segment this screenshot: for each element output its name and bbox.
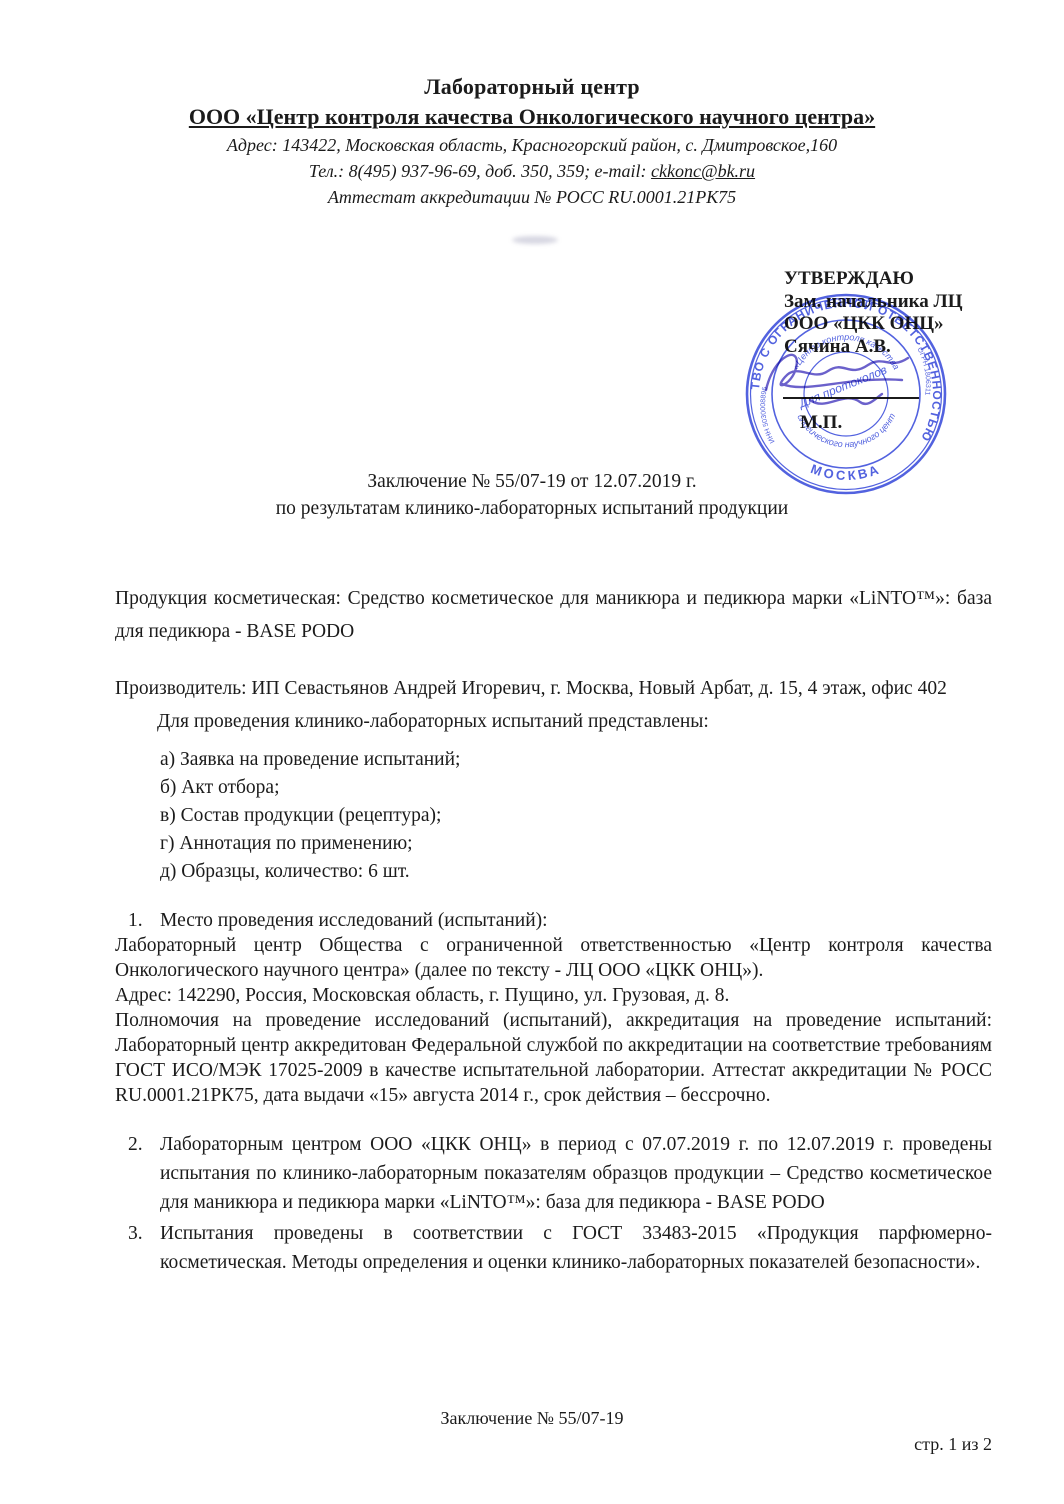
stamp-outer-ring-text: ОБЩЕСТВО С ОГРАНИЧЕННОЙ ОТВЕТСТВЕННОСТЬЮ [742, 290, 944, 444]
stamp-center-text: Для протоколов [795, 363, 889, 412]
svg-text:ИНН 5030008896: ИНН 5030008896 [760, 386, 776, 444]
section-2-text: Лабораторным центром ООО «ЦКК ОНЦ» в пер… [160, 1130, 992, 1217]
section-1-paragraph: Лабораторный центр Общества с ограниченн… [115, 933, 992, 983]
document-title: Заключение № 55/07-19 от 12.07.2019 г. п… [0, 468, 1064, 522]
list-item: г) Аннотация по применению; [160, 830, 992, 858]
manufacturer-paragraph: Производитель: ИП Севастьянов Андрей Иго… [115, 672, 992, 705]
section-2-number: 2. [115, 1130, 160, 1217]
list-item: б) Акт отбора; [160, 774, 992, 802]
section-1-address: Адрес: 142290, Россия, Московская област… [115, 983, 992, 1008]
section-3-number: 3. [115, 1219, 160, 1277]
scan-artifact [512, 236, 558, 244]
section-1: 1.Место проведения исследований (испытан… [115, 908, 992, 1108]
phone-text: Тел.: 8(495) 937-96-69, доб. 350, 359; e… [309, 161, 651, 181]
list-item: а) Заявка на проведение испытаний; [160, 746, 992, 774]
organization-name: ООО «Центр контроля качества Онкологичес… [0, 104, 1064, 130]
accreditation-line: Аттестат аккредитации № РОСС RU.0001.21Р… [0, 186, 1064, 208]
document-page: Лабораторный центр ООО «Центр контроля к… [0, 0, 1064, 1504]
section-2: 2. Лабораторным центром ООО «ЦКК ОНЦ» в … [115, 1130, 992, 1217]
approval-word: УТВЕРЖДАЮ [784, 268, 963, 291]
lab-center-title: Лабораторный центр [0, 74, 1064, 100]
section-1-authority: Полномочия на проведение исследований (и… [115, 1008, 992, 1108]
section-3-text: Испытания проведены в соответствии с ГОС… [160, 1219, 992, 1277]
section-1-title: Место проведения исследований (испытаний… [160, 910, 548, 931]
letterhead: Лабораторный центр ООО «Центр контроля к… [0, 74, 1064, 208]
provided-paragraph: Для проведения клинико-лабораторных испы… [115, 705, 992, 738]
stamp-inn-digits: ИНН 5030008896 [760, 386, 776, 444]
list-item: д) Образцы, количество: 6 шт. [160, 858, 992, 886]
section-1-heading: 1.Место проведения исследований (испытан… [115, 908, 992, 933]
submitted-documents-list: а) Заявка на проведение испытаний; б) Ак… [160, 746, 992, 886]
section-1-number: 1. [128, 908, 160, 933]
footer-document-reference: Заключение № 55/07-19 [0, 1408, 1064, 1429]
document-body: Продукция косметическая: Средство космет… [115, 582, 992, 1277]
conclusion-subject-line: по результатам клинико-лабораторных испы… [0, 495, 1064, 522]
section-3: 3. Испытания проведены в соответствии с … [115, 1219, 992, 1277]
email-text: ckkonc@bk.ru [651, 161, 755, 181]
round-stamp: ОБЩЕСТВО С ОГРАНИЧЕННОЙ ОТВЕТСТВЕННОСТЬЮ… [742, 290, 950, 498]
svg-text:ОБЩЕСТВО С ОГРАНИЧЕННОЙ ОТВЕТС: ОБЩЕСТВО С ОГРАНИЧЕННОЙ ОТВЕТСТВЕННОСТЬЮ [742, 290, 944, 444]
footer-page-number: стр. 1 из 2 [914, 1434, 992, 1455]
product-paragraph: Продукция косметическая: Средство космет… [115, 582, 992, 648]
org-address: Адрес: 143422, Московская область, Красн… [0, 134, 1064, 156]
org-contacts: Тел.: 8(495) 937-96-69, доб. 350, 359; e… [0, 160, 1064, 182]
conclusion-number-line: Заключение № 55/07-19 от 12.07.2019 г. [0, 468, 1064, 495]
list-item: в) Состав продукции (рецептура); [160, 802, 992, 830]
